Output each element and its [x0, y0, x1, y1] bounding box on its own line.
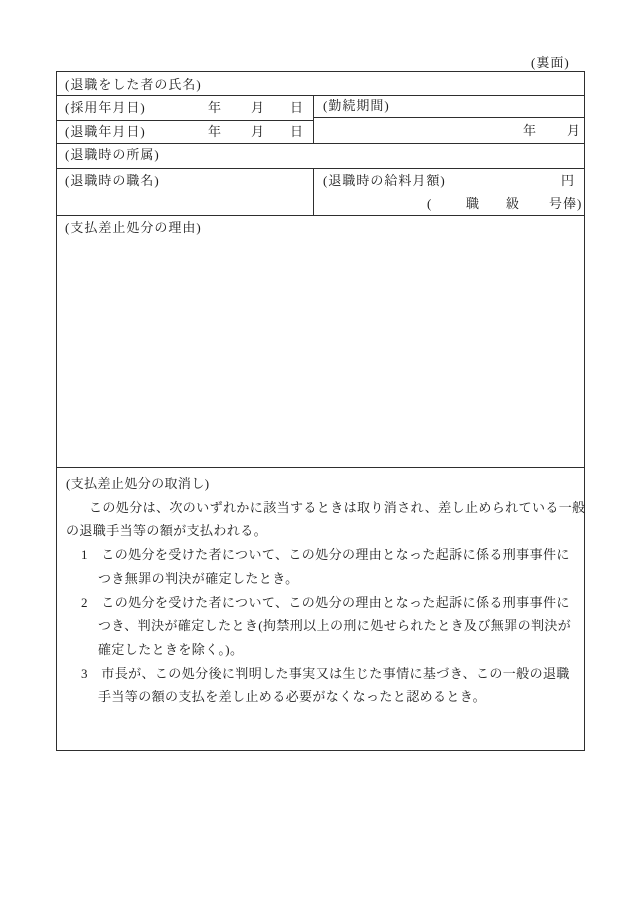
- cancellation-paragraph-line: の退職手当等の額が支払われる。: [57, 519, 583, 543]
- hire-year-unit: 年: [208, 101, 222, 115]
- back-side-label: (裏面): [531, 52, 570, 71]
- hire-date-label: (採用年月日): [65, 101, 146, 115]
- cancellation-item-2-line: 2 この処分を受けた者について、この処分の理由となった起訴に係る刑事事件に: [57, 591, 583, 615]
- cancellation-heading: (支払差止処分の取消し): [57, 472, 583, 496]
- service-period-divider: [313, 117, 584, 118]
- retire-year-unit: 年: [208, 125, 222, 139]
- service-month-unit: 月: [567, 124, 581, 138]
- row-divider-5: [56, 215, 584, 216]
- cancellation-item-3-line: 手当等の額の支払を差し止める必要がなくなったと認めるとき。: [57, 685, 583, 709]
- salary-grade-unit: 職: [466, 197, 480, 211]
- retirement-date-label: (退職年月日): [65, 125, 146, 139]
- service-year-unit: 年: [523, 124, 537, 138]
- cancellation-item-1-line: つき無罪の判決が確定したとき。: [57, 567, 583, 591]
- affiliation-label: (退職時の所属): [65, 148, 160, 162]
- column-divider-salary: [313, 168, 314, 215]
- hire-day-unit: 日: [290, 101, 304, 115]
- salary-yen-unit: 円: [561, 174, 575, 188]
- salary-rank-unit: 級: [506, 197, 520, 211]
- hire-month-unit: 月: [251, 101, 265, 115]
- row-divider-3: [56, 143, 584, 144]
- retire-month-unit: 月: [251, 125, 265, 139]
- salary-paren-open: (: [427, 197, 432, 211]
- form-back-page: (裏面) (退職をした者の氏名) (採用年月日) 年 月 日 (勤続期間) (退…: [0, 0, 630, 903]
- row-divider-4: [56, 168, 584, 169]
- cancellation-item-3-line: 3 市長が、この処分後に判明した事実又は生じた事情に基づき、この一般の退職: [57, 662, 583, 686]
- cancellation-item-1-line: 1 この処分を受けた者について、この処分の理由となった起訴に係る刑事事件に: [57, 543, 583, 567]
- cancellation-item-2-line: 確定したときを除く。)。: [57, 638, 583, 662]
- retiree-name-label: (退職をした者の氏名): [65, 78, 202, 92]
- salary-label: (退職時の給料月額): [323, 174, 446, 188]
- row-divider-2-left: [56, 120, 314, 121]
- column-divider-dates: [313, 95, 314, 143]
- job-title-label: (退職時の職名): [65, 174, 160, 188]
- cancellation-paragraph-line: この処分は、次のいずれかに該当するときは取り消され、差し止められている一般: [57, 496, 583, 520]
- row-divider-1: [56, 95, 584, 96]
- retire-day-unit: 日: [290, 125, 304, 139]
- cancellation-section: (支払差止処分の取消し) この処分は、次のいずれかに該当するときは取り消され、差…: [57, 468, 583, 709]
- cancellation-item-2-line: つき、判決が確定したとき(拘禁刑以上の刑に処せられたとき及び無罪の判決が: [57, 614, 583, 638]
- salary-step-unit: 号俸): [549, 197, 582, 211]
- suspension-reason-label: (支払差止処分の理由): [65, 221, 202, 235]
- service-period-label: (勤続期間): [323, 99, 390, 113]
